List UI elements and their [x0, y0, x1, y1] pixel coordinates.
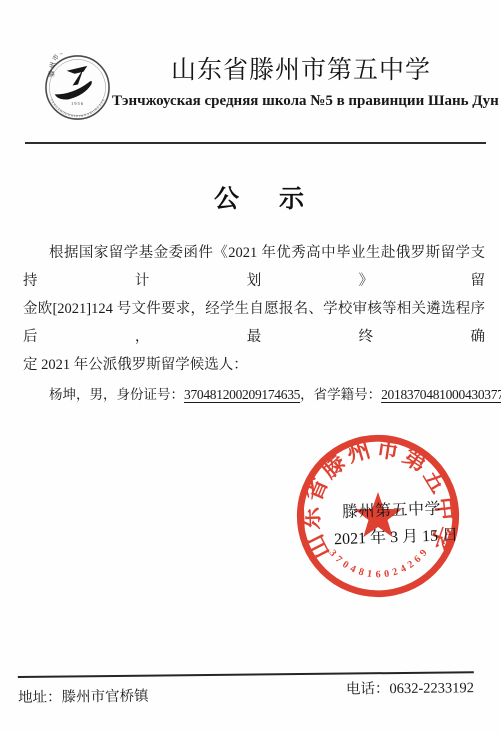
logo-year: 1956 — [71, 101, 84, 106]
school-name-zh: 山东省滕州市第五中学 — [112, 50, 490, 86]
notice-body: 根据国家留学基金委函件《2021 年优秀高中毕业生赴俄罗斯留学支持计划》留 金欧… — [23, 239, 485, 409]
address-text: 地址：滕州市官桥镇 — [18, 685, 149, 707]
header-divider — [25, 142, 486, 144]
notice-line: 定 2021 年公派俄罗斯留学候选人： — [23, 351, 485, 379]
seal-serial-number: 3704816024269 — [327, 548, 430, 581]
signature-block: 山东省滕州市第五中学 3704816024269 滕州第五中学 2021 年 3… — [282, 420, 474, 612]
student-number-label: ，省学籍号： — [300, 387, 381, 402]
id-number: 370481200209174635 — [184, 387, 300, 402]
notice-line: 金欧[2021]124 号文件要求，经学生自愿报名、学校审核等相关遴选程序后，最… — [23, 295, 485, 351]
notice-title: 公示 — [214, 179, 304, 215]
school-logo: 滕州市第五中学 1956 TENGZHOUSHIDIWUZHONGXUE — [43, 53, 112, 122]
issuer-school-name: 滕州第五中学 — [342, 495, 463, 522]
notice-line: 根据国家留学基金委函件《2021 年优秀高中毕业生赴俄罗斯留学支持计划》留 — [23, 239, 485, 295]
letterhead: 山东省滕州市第五中学 Тэнчжоуская средняя школа №5 … — [112, 50, 490, 110]
student-info: 杨坤，男，身份证号： — [49, 387, 184, 402]
issue-date: 2021 年 3 月 15 日 — [334, 522, 465, 550]
document-page: 滕州市第五中学 1956 TENGZHOUSHIDIWUZHONGXUE 山东省… — [0, 0, 501, 733]
school-name-ru: Тэнчжоуская средняя школа №5 в правинции… — [112, 93, 490, 110]
phone-text: 电话：0632-2233192 — [346, 676, 474, 698]
document-footer: 地址：滕州市官桥镇 电话：0632-2233192 — [18, 671, 474, 707]
student-number: 2018370481000430377 — [381, 387, 501, 402]
notice-title-char-right: 示 — [279, 186, 304, 213]
student-line: 杨坤，男，身份证号：370481200209174635，省学籍号：201837… — [23, 381, 485, 409]
notice-title-char-left: 公 — [214, 186, 239, 213]
